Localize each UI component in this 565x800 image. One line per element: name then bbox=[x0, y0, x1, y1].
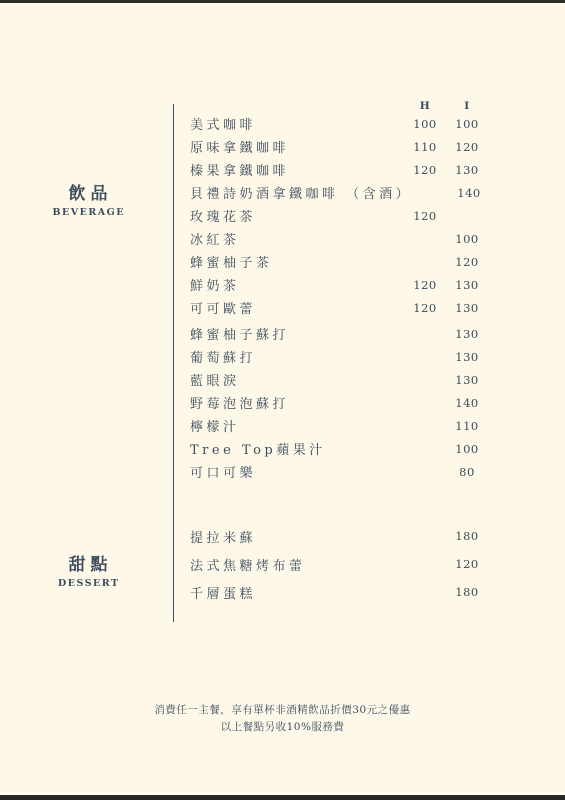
beverage-list: H I 美式咖啡 100 100 原味拿鐵咖啡 110 120 榛果拿鐵咖啡 1… bbox=[190, 100, 488, 483]
menu-item-row: Tree Top蘋果汁 100 bbox=[190, 437, 488, 460]
footer-note: 消費任一主餐，享有單杯非酒精飲品折價30元之優惠 以上餐點另收10%服務費 bbox=[0, 702, 565, 736]
menu-item-name: 鮮奶茶 bbox=[190, 275, 404, 294]
menu-item-row: 藍眼淚 130 bbox=[190, 368, 488, 391]
section-divider-line bbox=[173, 104, 175, 622]
menu-item-price-iced: 140 bbox=[446, 396, 488, 410]
menu-item-row: 千層蛋糕 180 bbox=[190, 578, 488, 606]
menu-item-price-iced: 180 bbox=[446, 529, 488, 543]
footer-line-service-charge: 以上餐點另收10%服務費 bbox=[0, 719, 565, 736]
menu-item-price-iced: 130 bbox=[446, 373, 488, 387]
menu-item-row: 葡萄蘇打 130 bbox=[190, 345, 488, 368]
menu-item-price-hot: 120 bbox=[404, 278, 446, 292]
menu-item-row: 冰紅茶 100 bbox=[190, 227, 488, 250]
menu-item-name: 可可歐蕾 bbox=[190, 298, 404, 317]
menu-item-price-iced: 120 bbox=[446, 140, 488, 154]
menu-item-row: 野莓泡泡蘇打 140 bbox=[190, 391, 488, 414]
menu-item-price-hot: 110 bbox=[404, 140, 446, 154]
menu-item-name: 可口可樂 bbox=[190, 462, 404, 481]
photo-top-edge bbox=[0, 0, 565, 3]
menu-item-row: 法式焦糖烤布蕾 120 bbox=[190, 550, 488, 578]
menu-item-price-iced: 120 bbox=[446, 255, 488, 269]
menu-item-name: 法式焦糖烤布蕾 bbox=[190, 555, 404, 574]
menu-item-price-iced: 80 bbox=[446, 465, 488, 479]
menu-item-name: 檸檬汁 bbox=[190, 416, 404, 435]
menu-item-name: 玫瑰花茶 bbox=[190, 206, 404, 225]
footer-line-discount: 消費任一主餐，享有單杯非酒精飲品折價30元之優惠 bbox=[0, 702, 565, 719]
menu-item-row: 原味拿鐵咖啡 110 120 bbox=[190, 135, 488, 158]
menu-item-row: 蜂蜜柚子茶 120 bbox=[190, 250, 488, 273]
menu-item-row: 鮮奶茶 120 130 bbox=[190, 273, 488, 296]
menu-item-row: 玫瑰花茶 120 bbox=[190, 204, 488, 227]
menu-item-row: 美式咖啡 100 100 bbox=[190, 112, 488, 135]
menu-item-group: 蜂蜜柚子蘇打 130 葡萄蘇打 130 藍眼淚 130 野莓泡泡蘇打 140 檸… bbox=[190, 322, 488, 483]
menu-item-price-iced: 130 bbox=[446, 278, 488, 292]
menu-item-name: 蜂蜜柚子蘇打 bbox=[190, 324, 404, 343]
menu-item-price-iced: 140 bbox=[450, 186, 488, 200]
menu-item-price-iced: 130 bbox=[446, 163, 488, 177]
menu-item-price-hot: 120 bbox=[404, 301, 446, 315]
menu-item-name: Tree Top蘋果汁 bbox=[190, 439, 404, 458]
section-label-beverage: 飲品 BEVERAGE bbox=[28, 179, 148, 218]
section-title-en: DESSERT bbox=[28, 578, 148, 589]
menu-item-row: 提拉米蘇 180 bbox=[190, 522, 488, 550]
menu-item-name: 提拉米蘇 bbox=[190, 527, 404, 546]
menu-item-name: 蜂蜜柚子茶 bbox=[190, 252, 404, 271]
section-title-zh: 飲品 bbox=[28, 179, 148, 204]
menu-item-price-iced: 110 bbox=[446, 419, 488, 433]
menu-item-group: 提拉米蘇 180 法式焦糖烤布蕾 120 千層蛋糕 180 bbox=[190, 522, 488, 606]
beverage-rows: 美式咖啡 100 100 原味拿鐵咖啡 110 120 榛果拿鐵咖啡 120 1… bbox=[190, 112, 488, 483]
menu-item-row: 檸檬汁 110 bbox=[190, 414, 488, 437]
menu-item-name: 原味拿鐵咖啡 bbox=[190, 137, 404, 156]
menu-item-name: 美式咖啡 bbox=[190, 114, 404, 133]
photo-bottom-edge bbox=[0, 795, 565, 800]
menu-item-price-iced: 130 bbox=[446, 327, 488, 341]
menu-item-name: 千層蛋糕 bbox=[190, 583, 404, 602]
menu-item-name: 野莓泡泡蘇打 bbox=[190, 393, 404, 412]
menu-item-price-hot: 120 bbox=[404, 209, 446, 223]
menu-item-price-iced: 180 bbox=[446, 585, 488, 599]
menu-item-row: 貝禮詩奶酒拿鐵咖啡 （含酒） 140 bbox=[190, 181, 488, 204]
menu-item-price-iced: 100 bbox=[446, 232, 488, 246]
menu-item-price-iced: 130 bbox=[446, 350, 488, 364]
menu-item-name: 藍眼淚 bbox=[190, 370, 404, 389]
menu-page: 飲品 BEVERAGE 甜點 DESSERT H I 美式咖啡 100 100 … bbox=[0, 0, 565, 800]
dessert-rows: 提拉米蘇 180 法式焦糖烤布蕾 120 千層蛋糕 180 bbox=[190, 522, 488, 606]
menu-item-name: 榛果拿鐵咖啡 bbox=[190, 160, 404, 179]
hot-column-header: H bbox=[404, 100, 446, 112]
menu-item-name: 冰紅茶 bbox=[190, 229, 404, 248]
menu-item-row: 可可歐蕾 120 130 bbox=[190, 296, 488, 319]
menu-item-price-iced: 120 bbox=[446, 557, 488, 571]
section-title-zh: 甜點 bbox=[28, 550, 148, 575]
iced-column-header: I bbox=[446, 100, 488, 112]
menu-item-group: 美式咖啡 100 100 原味拿鐵咖啡 110 120 榛果拿鐵咖啡 120 1… bbox=[190, 112, 488, 319]
menu-item-row: 可口可樂 80 bbox=[190, 460, 488, 483]
menu-item-price-hot: 100 bbox=[404, 117, 446, 131]
menu-item-price-hot: 120 bbox=[404, 163, 446, 177]
menu-item-price-iced: 100 bbox=[446, 117, 488, 131]
menu-item-name: 葡萄蘇打 bbox=[190, 347, 404, 366]
dessert-list: 提拉米蘇 180 法式焦糖烤布蕾 120 千層蛋糕 180 bbox=[190, 522, 488, 606]
menu-item-row: 榛果拿鐵咖啡 120 130 bbox=[190, 158, 488, 181]
menu-item-price-iced: 100 bbox=[446, 442, 488, 456]
section-label-dessert: 甜點 DESSERT bbox=[28, 550, 148, 589]
price-column-header: H I bbox=[190, 100, 488, 112]
menu-item-price-iced: 130 bbox=[446, 301, 488, 315]
menu-item-name: 貝禮詩奶酒拿鐵咖啡 （含酒） bbox=[190, 183, 412, 202]
section-title-en: BEVERAGE bbox=[28, 207, 148, 218]
menu-item-row: 蜂蜜柚子蘇打 130 bbox=[190, 322, 488, 345]
